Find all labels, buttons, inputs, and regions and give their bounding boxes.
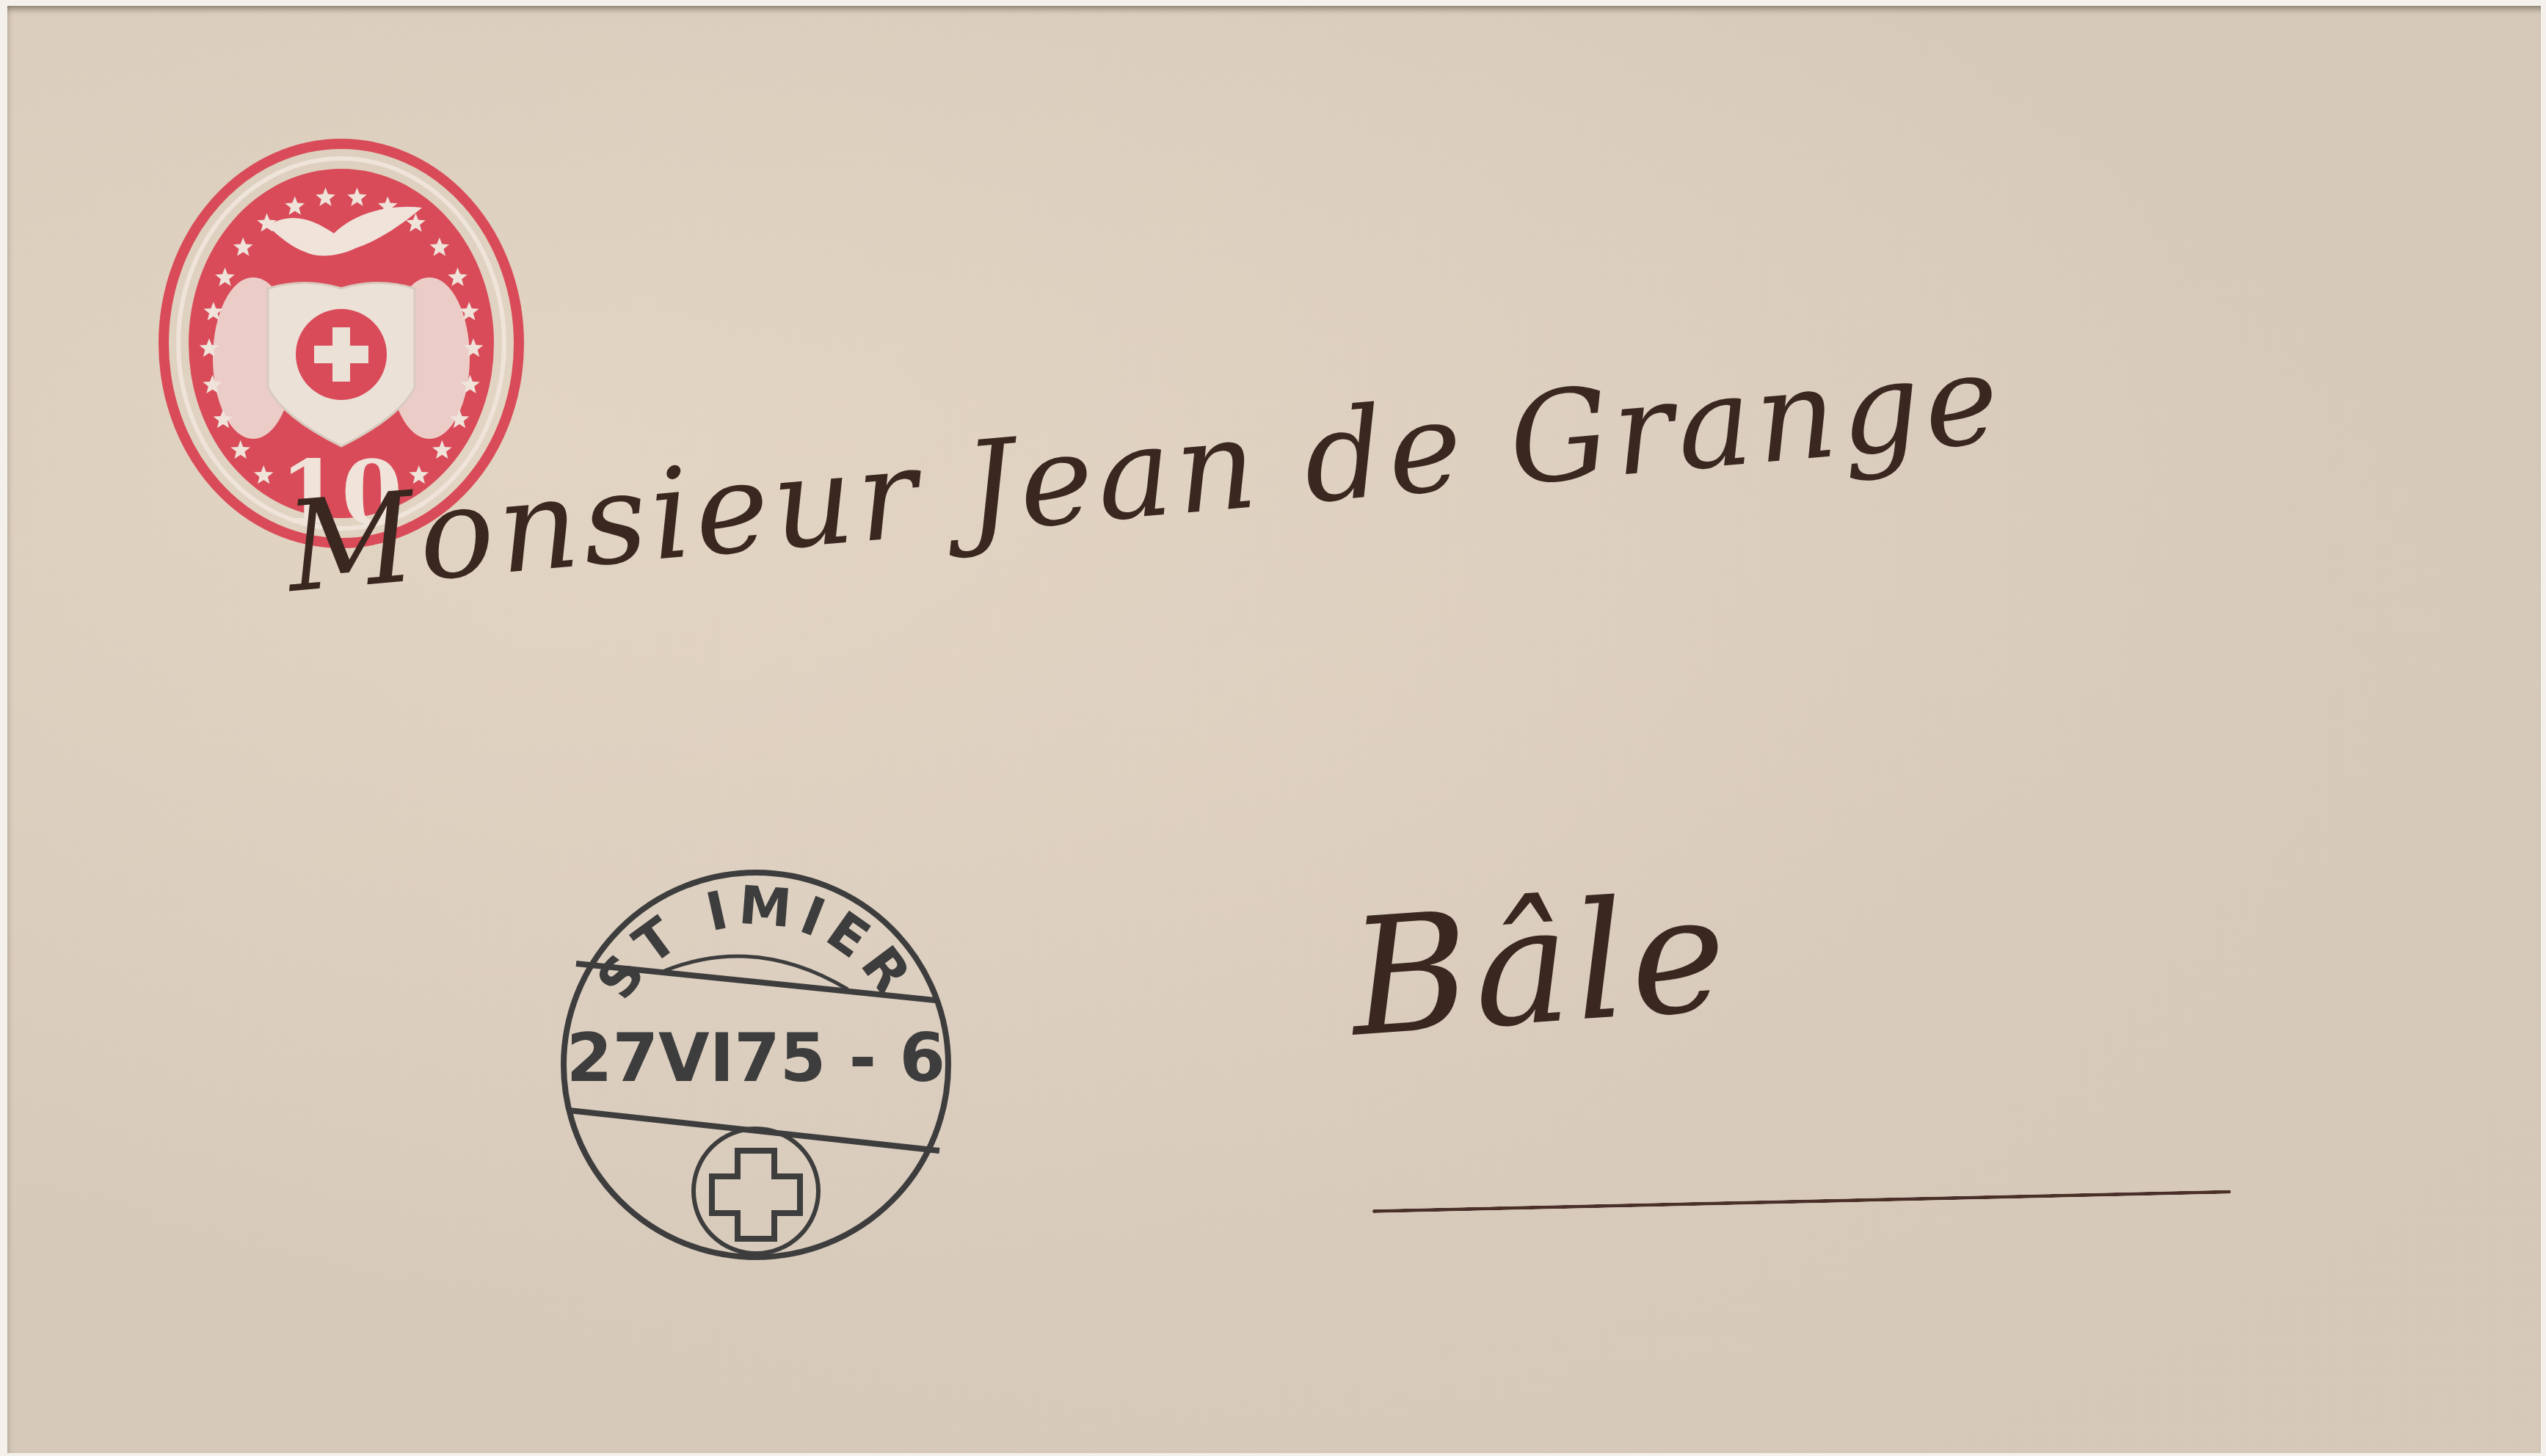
svg-text:ST IMIER: ST IMIER	[585, 874, 928, 1011]
svg-text:27VI75 - 6: 27VI75 - 6	[567, 1020, 945, 1097]
addressee-line: Monsieur Jean de Grange	[281, 326, 2009, 621]
destination-city: Bâle	[1345, 859, 1736, 1072]
city-underline	[1372, 1190, 2231, 1213]
postmark: ST IMIER 27VI75 - 6	[554, 861, 958, 1268]
envelope: 10 Monsieur Jean de Grange ST IMIER 27VI…	[7, 6, 2541, 1453]
swiss-cross-icon	[712, 1151, 800, 1239]
